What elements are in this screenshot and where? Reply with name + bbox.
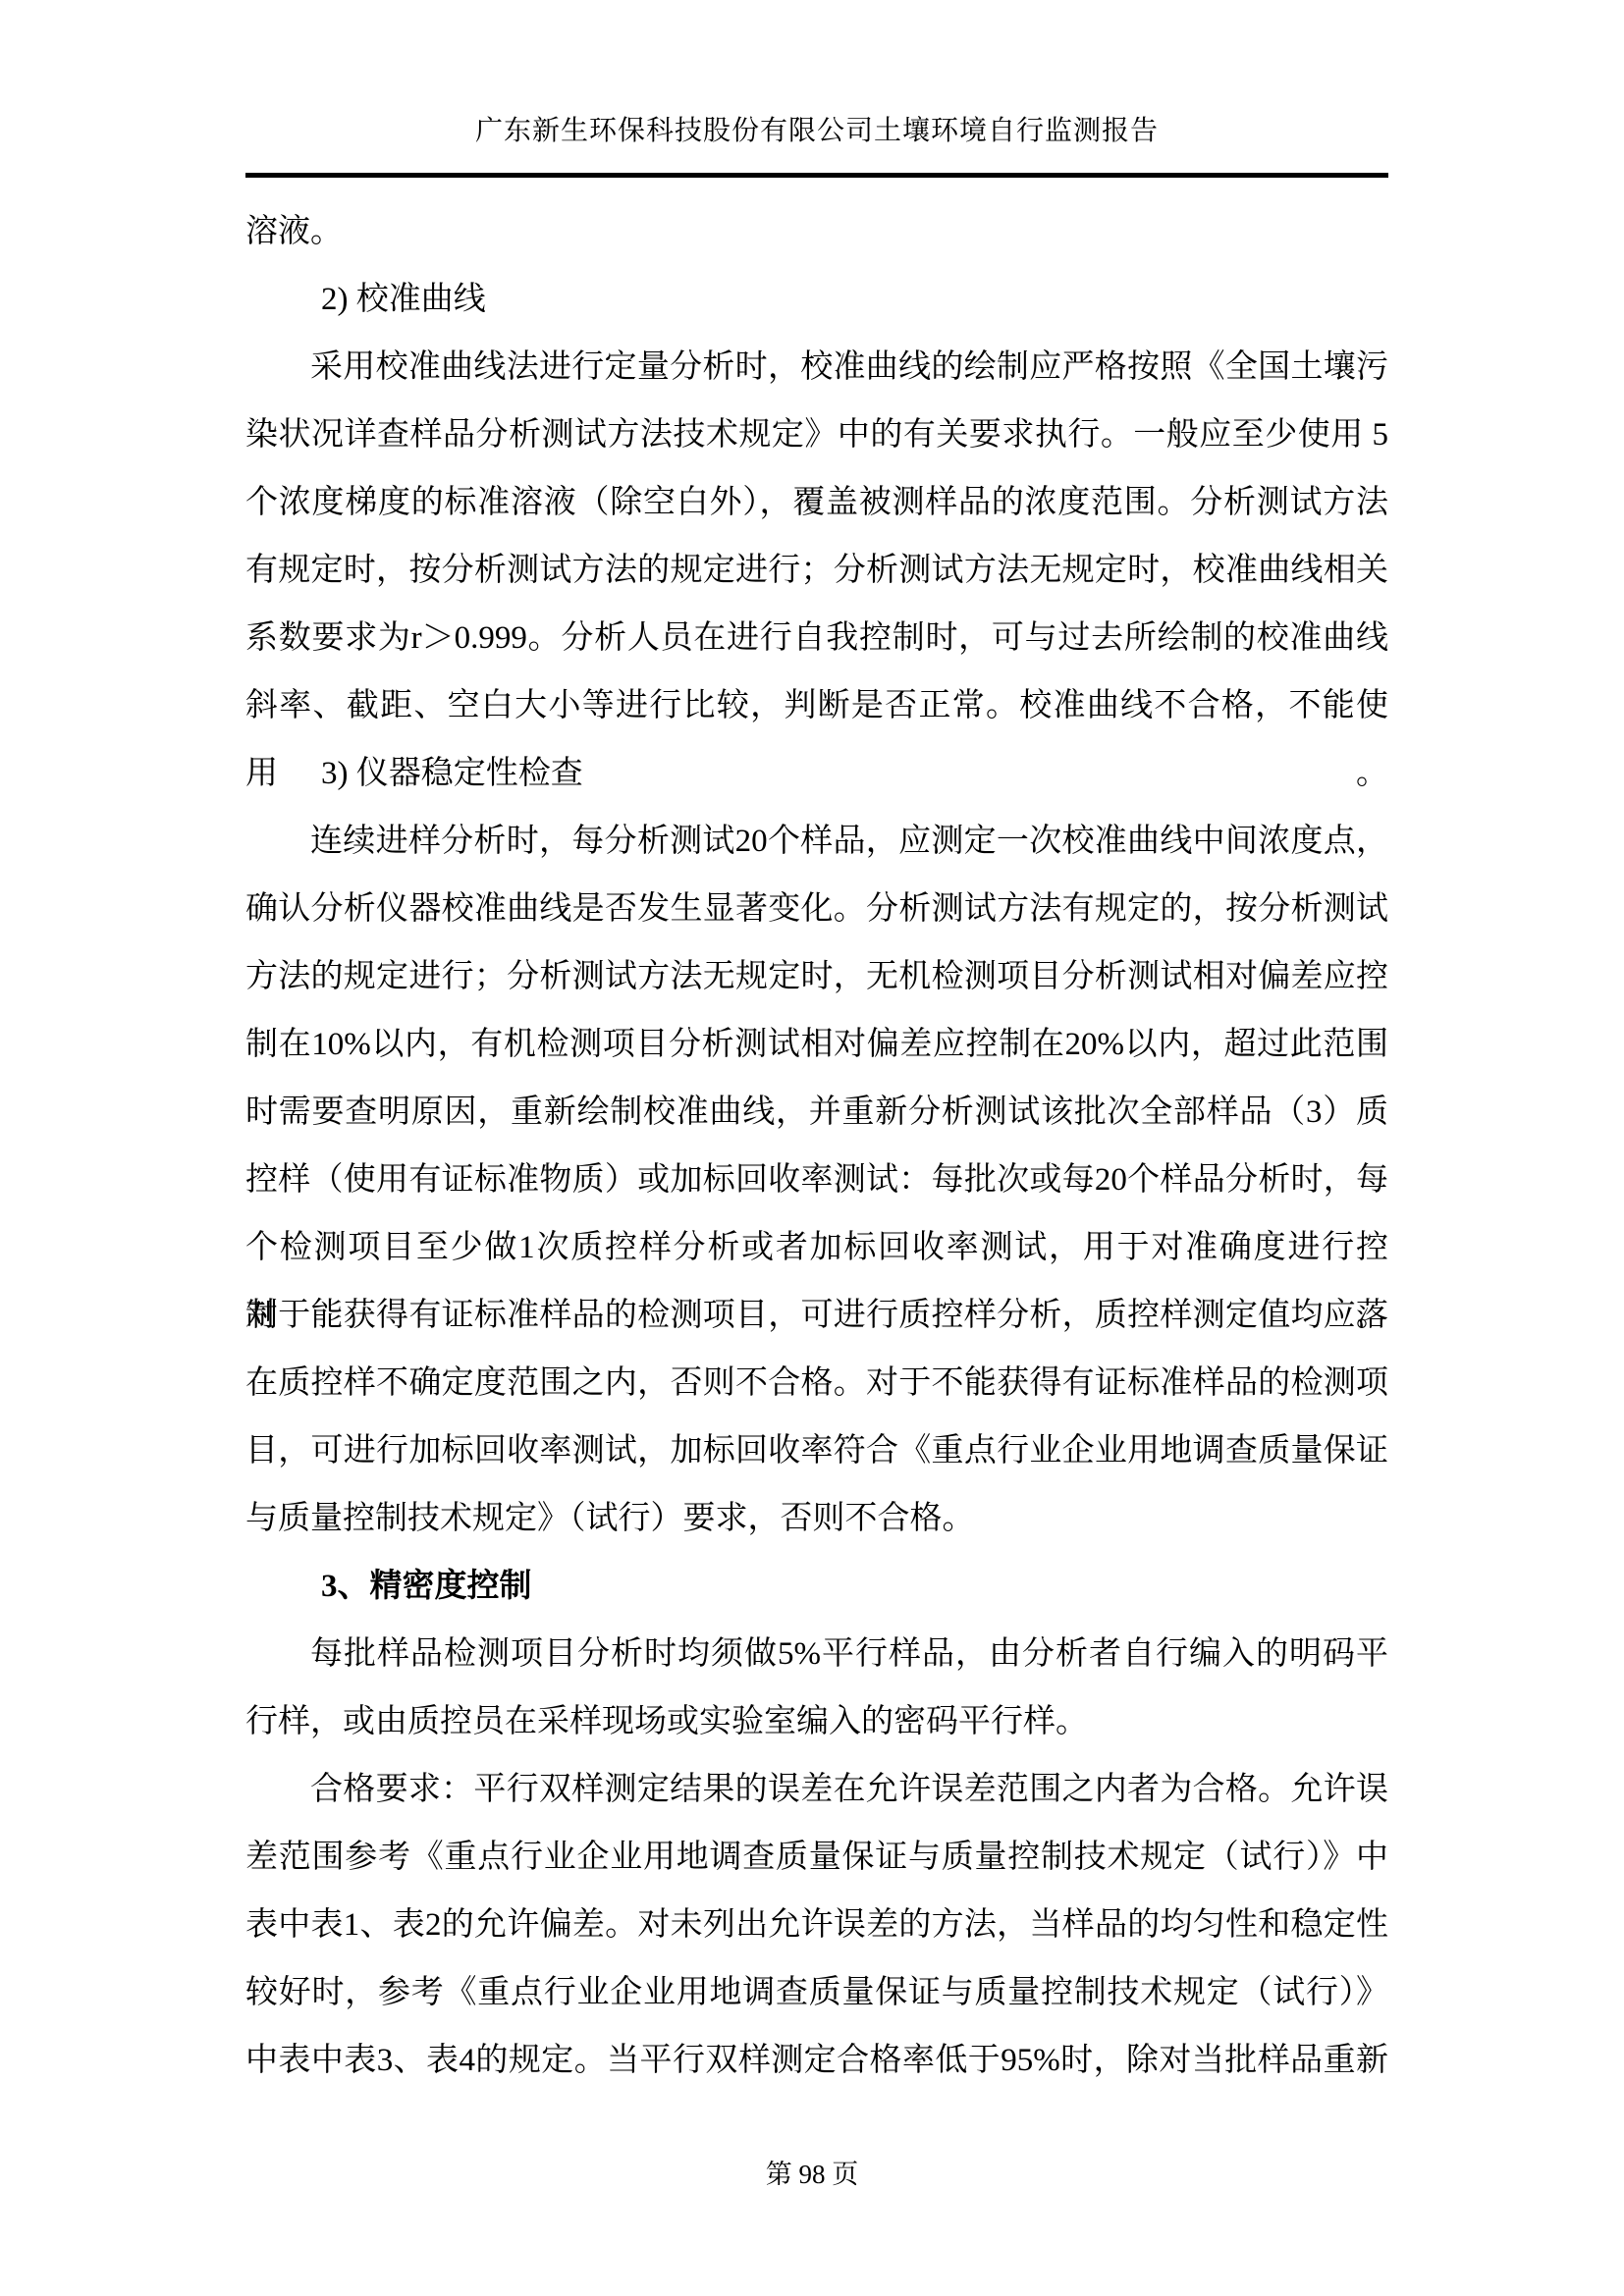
- text-line: 溶液。: [245, 198, 1388, 266]
- text-line: 采用校准曲线法进行定量分析时，校准曲线的绘制应严格按照《全国土壤污: [245, 334, 1388, 401]
- header-rule: [245, 173, 1388, 178]
- text-line: 时需要查明原因，重新绘制校准曲线，并重新分析测试该批次全部样品（3）质: [245, 1079, 1388, 1147]
- text-line: 有规定时，按分析测试方法的规定进行；分析测试方法无规定时，校准曲线相关: [245, 537, 1388, 605]
- text-line: 控样（使用有证标准物质）或加标回收率测试：每批次或每20个样品分析时，每: [245, 1147, 1388, 1214]
- report-page: 广东新生环保科技股份有限公司土壤环境自行监测报告 溶液。2) 校准曲线采用校准曲…: [0, 0, 1624, 2296]
- text-line: 对于能获得有证标准样品的检测项目，可进行质控样分析，质控样测定值均应落: [245, 1282, 1388, 1350]
- text-line: 目，可进行加标回收率测试，加标回收率符合《重点行业企业用地调查质量保证: [245, 1417, 1388, 1485]
- text-line: 个检测项目至少做1次质控样分析或者加标回收率测试，用于对准确度进行控制。: [245, 1214, 1388, 1282]
- text-line: 较好时，参考《重点行业企业用地调查质量保证与质量控制技术规定（试行）》: [245, 1959, 1388, 2027]
- text-line: 确认分析仪器校准曲线是否发生显著变化。分析测试方法有规定的，按分析测试: [245, 876, 1388, 943]
- page-header-title: 广东新生环保科技股份有限公司土壤环境自行监测报告: [245, 114, 1388, 149]
- text-line: 染状况详查样品分析测试方法技术规定》中的有关要求执行。一般应至少使用 5: [245, 401, 1388, 469]
- text-line: 连续进样分析时，每分析测试20个样品，应测定一次校准曲线中间浓度点，: [245, 808, 1388, 876]
- page-footer: 第 98 页: [0, 2158, 1624, 2191]
- page-number: 第 98 页: [766, 2160, 859, 2189]
- text-line: 方法的规定进行；分析测试方法无规定时，无机检测项目分析测试相对偏差应控: [245, 943, 1388, 1011]
- text-line: 行样，或由质控员在采样现场或实验室编入的密码平行样。: [245, 1688, 1388, 1756]
- text-line: 差范围参考《重点行业企业用地调查质量保证与质量控制技术规定（试行）》中: [245, 1824, 1388, 1892]
- text-line: 表中表1、表2的允许偏差。对未列出允许误差的方法，当样品的均匀性和稳定性: [245, 1892, 1388, 1959]
- text-line: 系数要求为r＞0.999。分析人员在进行自我控制时，可与过去所绘制的校准曲线: [245, 605, 1388, 672]
- text-line: 个浓度梯度的标准溶液（除空白外），覆盖被测样品的浓度范围。分析测试方法: [245, 469, 1388, 537]
- text-line: 中表中表3、表4的规定。当平行双样测定合格率低于95%时，除对当批样品重新: [245, 2027, 1388, 2095]
- text-line: 3、精密度控制: [245, 1553, 1388, 1621]
- text-line: 在质控样不确定度范围之内，否则不合格。对于不能获得有证标准样品的检测项: [245, 1350, 1388, 1417]
- text-line: 制在10%以内，有机检测项目分析测试相对偏差应控制在20%以内，超过此范围: [245, 1011, 1388, 1079]
- text-line: 每批样品检测项目分析时均须做5%平行样品，由分析者自行编入的明码平: [245, 1621, 1388, 1688]
- text-line: 斜率、截距、空白大小等进行比较，判断是否正常。校准曲线不合格，不能使用。: [245, 672, 1388, 740]
- text-line: 合格要求：平行双样测定结果的误差在允许误差范围之内者为合格。允许误: [245, 1756, 1388, 1824]
- text-line: 2) 校准曲线: [245, 266, 1388, 334]
- text-line: 与质量控制技术规定》（试行）要求，否则不合格。: [245, 1485, 1388, 1553]
- body-lines: 溶液。2) 校准曲线采用校准曲线法进行定量分析时，校准曲线的绘制应严格按照《全国…: [245, 198, 1388, 2095]
